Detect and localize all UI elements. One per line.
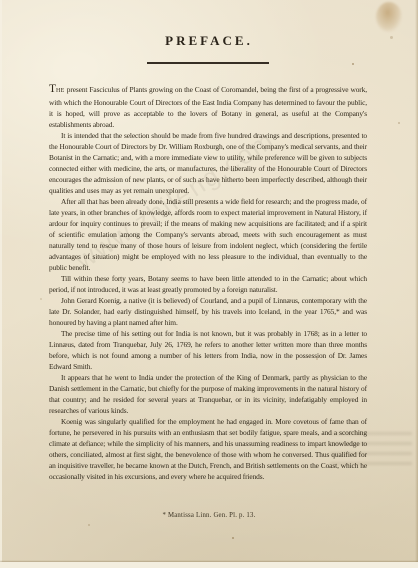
paper-stain: [376, 2, 402, 32]
lead-small-caps: HE: [56, 88, 65, 94]
paragraph: John Gerard Koenig, a native (it is beli…: [49, 295, 367, 328]
foxing-speck: [40, 298, 42, 300]
paragraph: THE present Fasciculus of Plants growing…: [49, 84, 367, 130]
paragraph: Till within these forty years, Botany se…: [49, 273, 367, 295]
paragraph: It is intended that the selection should…: [49, 130, 367, 196]
paragraph: It appears that he went to India under t…: [49, 372, 367, 416]
page-edge-bottom: [0, 562, 418, 568]
foxing-speck: [398, 122, 400, 124]
preface-text: THE present Fasciculus of Plants growing…: [49, 84, 367, 482]
paragraph: Koenig was singularly qualified for the …: [49, 416, 367, 482]
page-edge-left: [0, 0, 2, 568]
foxing-speck: [352, 63, 354, 65]
scanned-page: www.zhileng.com PREFACE. THE present Fas…: [0, 0, 418, 568]
foxing-speck: [232, 537, 234, 539]
paragraph: The precise time of his setting out for …: [49, 328, 367, 372]
title-rule: [147, 62, 269, 64]
page-title: PREFACE.: [0, 33, 418, 49]
lead-initial: T: [49, 83, 56, 95]
footnote: * Mantissa Linn. Gen. Pl. p. 13.: [0, 512, 418, 519]
paragraph: After all that has been already done, In…: [49, 196, 367, 273]
foxing-speck: [88, 524, 90, 526]
